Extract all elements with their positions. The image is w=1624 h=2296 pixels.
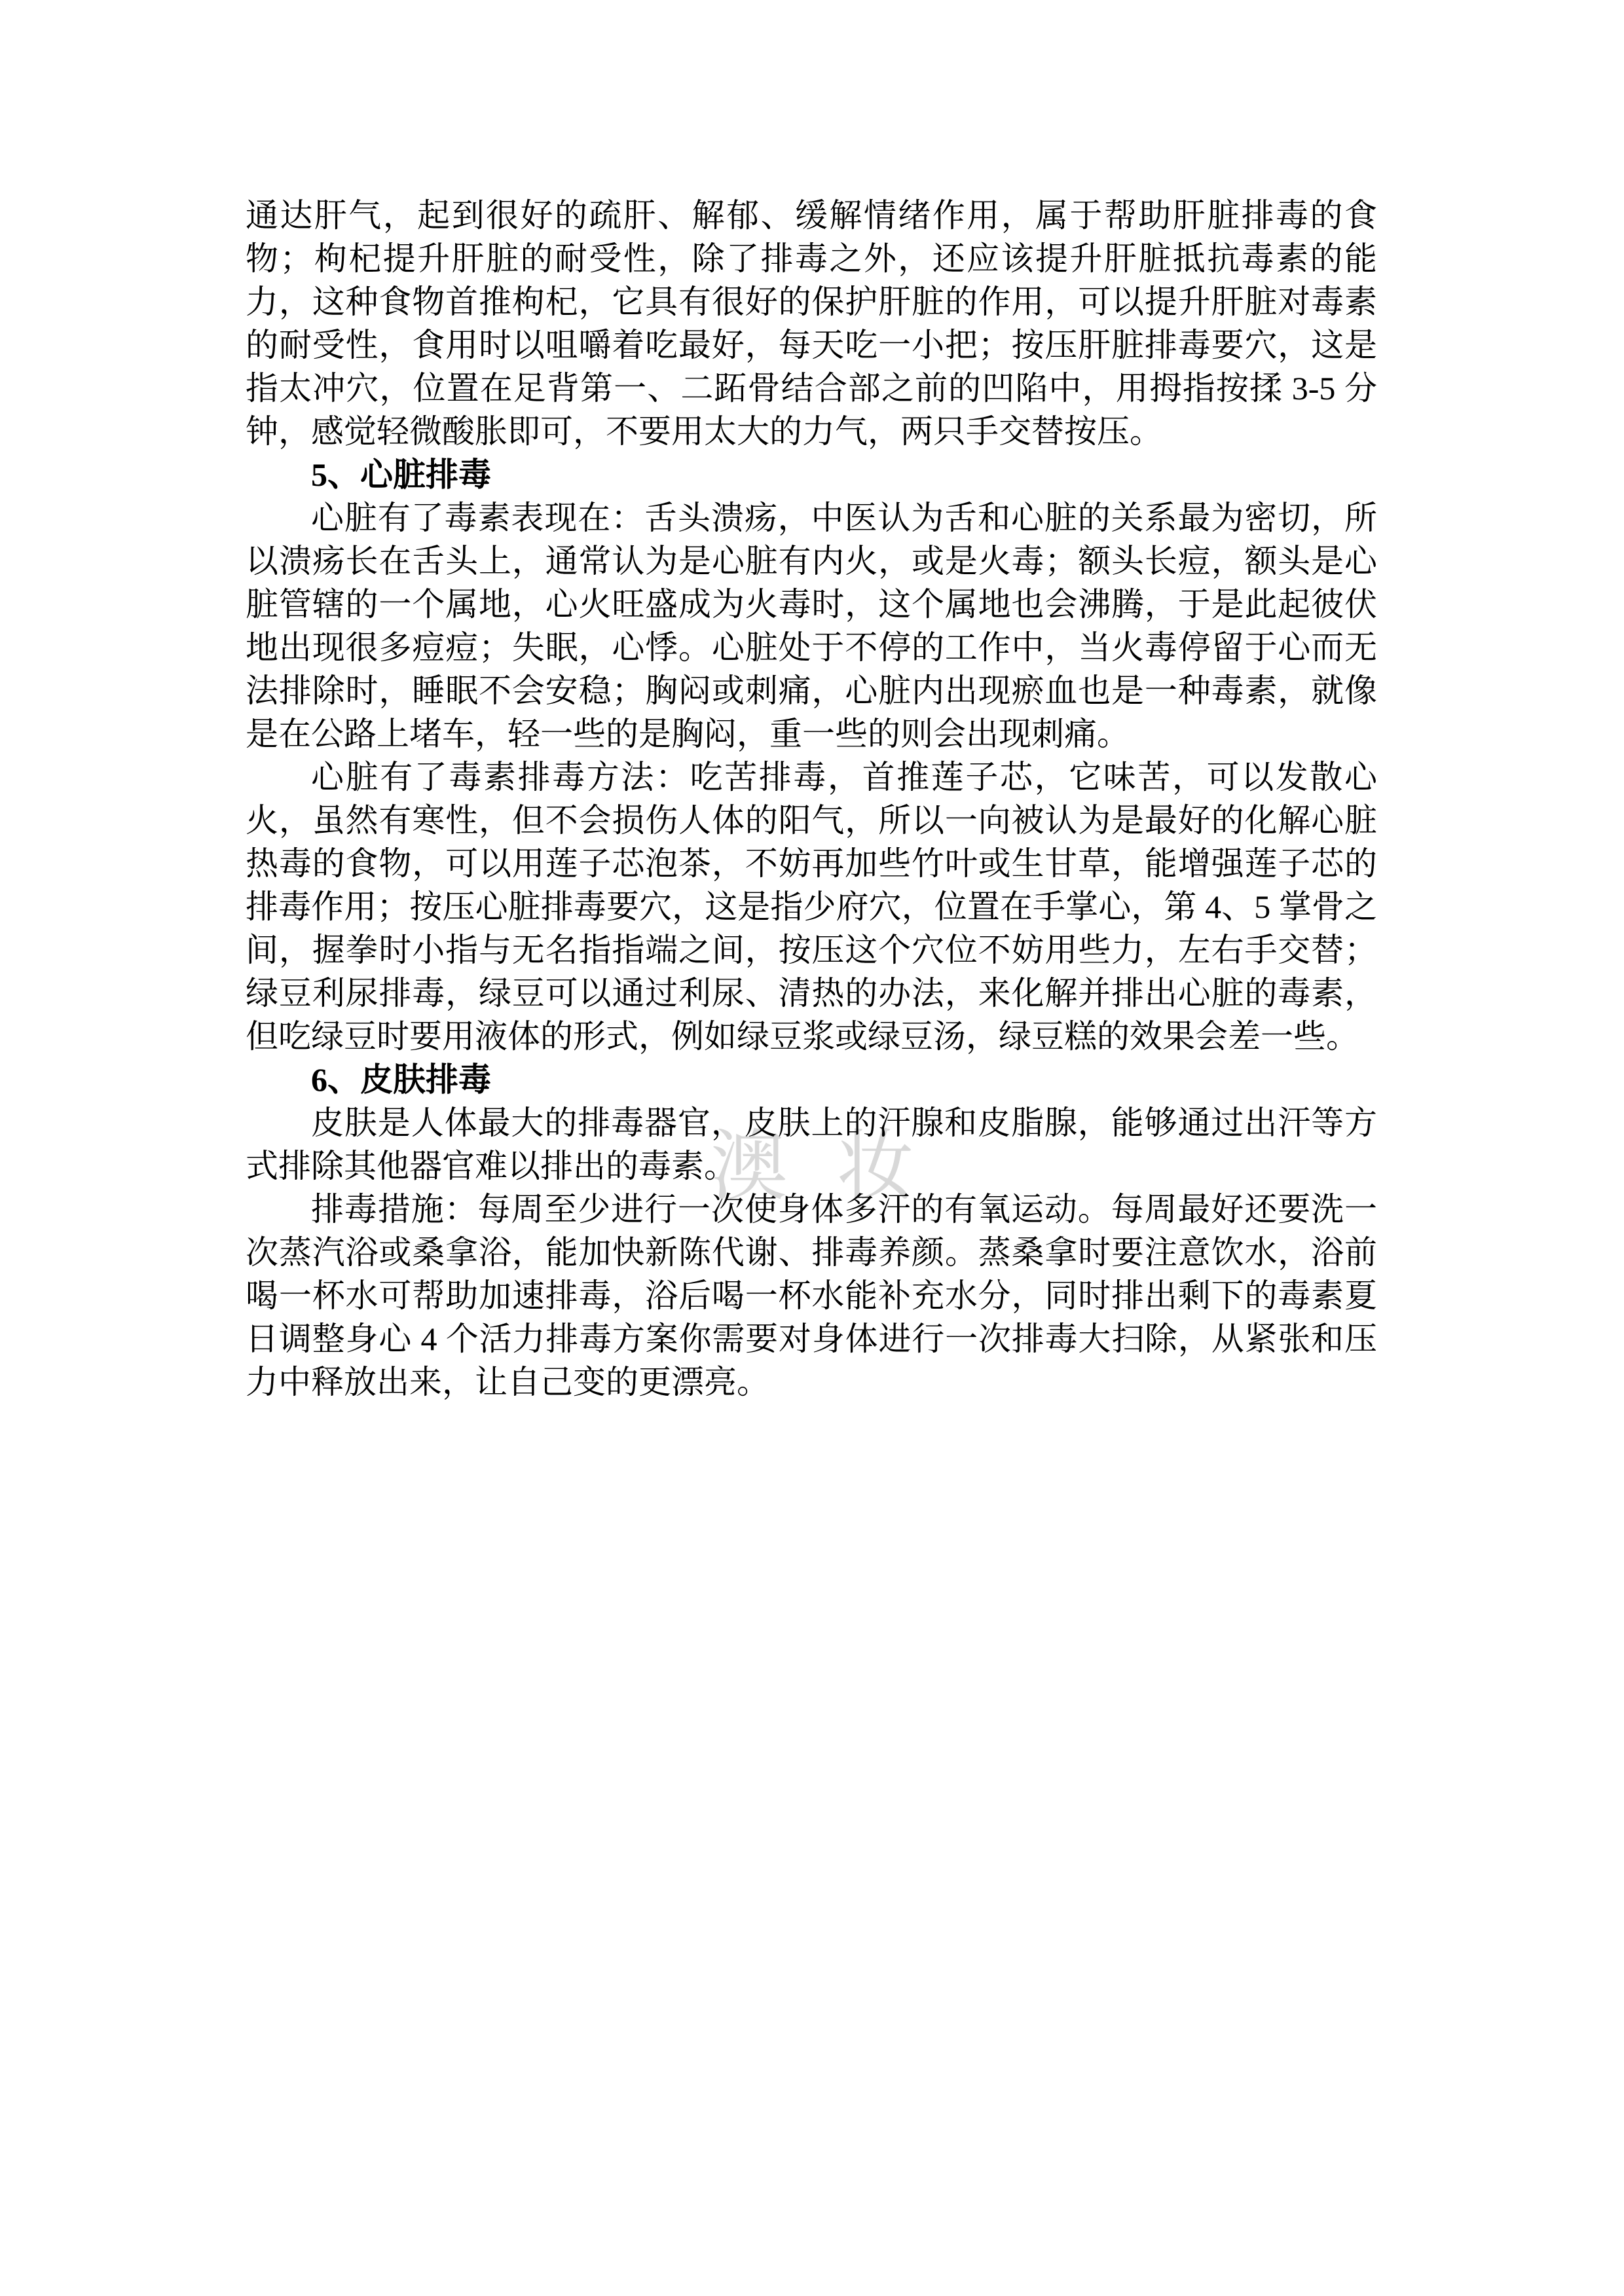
paragraph-liver-continuation: 通达肝气，起到很好的疏肝、解郁、缓解情绪作用，属于帮助肝脏排毒的食物；枸杞提升肝… [246, 194, 1377, 453]
paragraph-heart-methods: 心脏有了毒素排毒方法：吃苦排毒，首推莲子芯，它味苦，可以发散心火，虽然有寒性，但… [246, 756, 1377, 1058]
document-body: 通达肝气，起到很好的疏肝、解郁、缓解情绪作用，属于帮助肝脏排毒的食物；枸杞提升肝… [246, 194, 1377, 1404]
document-page: 澳妆 通达肝气，起到很好的疏肝、解郁、缓解情绪作用，属于帮助肝脏排毒的食物；枸杞… [0, 0, 1624, 2296]
paragraph-skin-measures: 排毒措施：每周至少进行一次使身体多汗的有氧运动。每周最好还要洗一次蒸汽浴或桑拿浴… [246, 1188, 1377, 1404]
paragraph-heart-symptoms: 心脏有了毒素表现在：舌头溃疡，中医认为舌和心脏的关系最为密切，所以溃疡长在舌头上… [246, 496, 1377, 756]
heading-heart-detox: 5、心脏排毒 [246, 453, 1377, 496]
paragraph-skin-intro: 皮肤是人体最大的排毒器官，皮肤上的汗腺和皮脂腺，能够通过出汗等方式排除其他器官难… [246, 1101, 1377, 1188]
heading-skin-detox: 6、皮肤排毒 [246, 1058, 1377, 1101]
